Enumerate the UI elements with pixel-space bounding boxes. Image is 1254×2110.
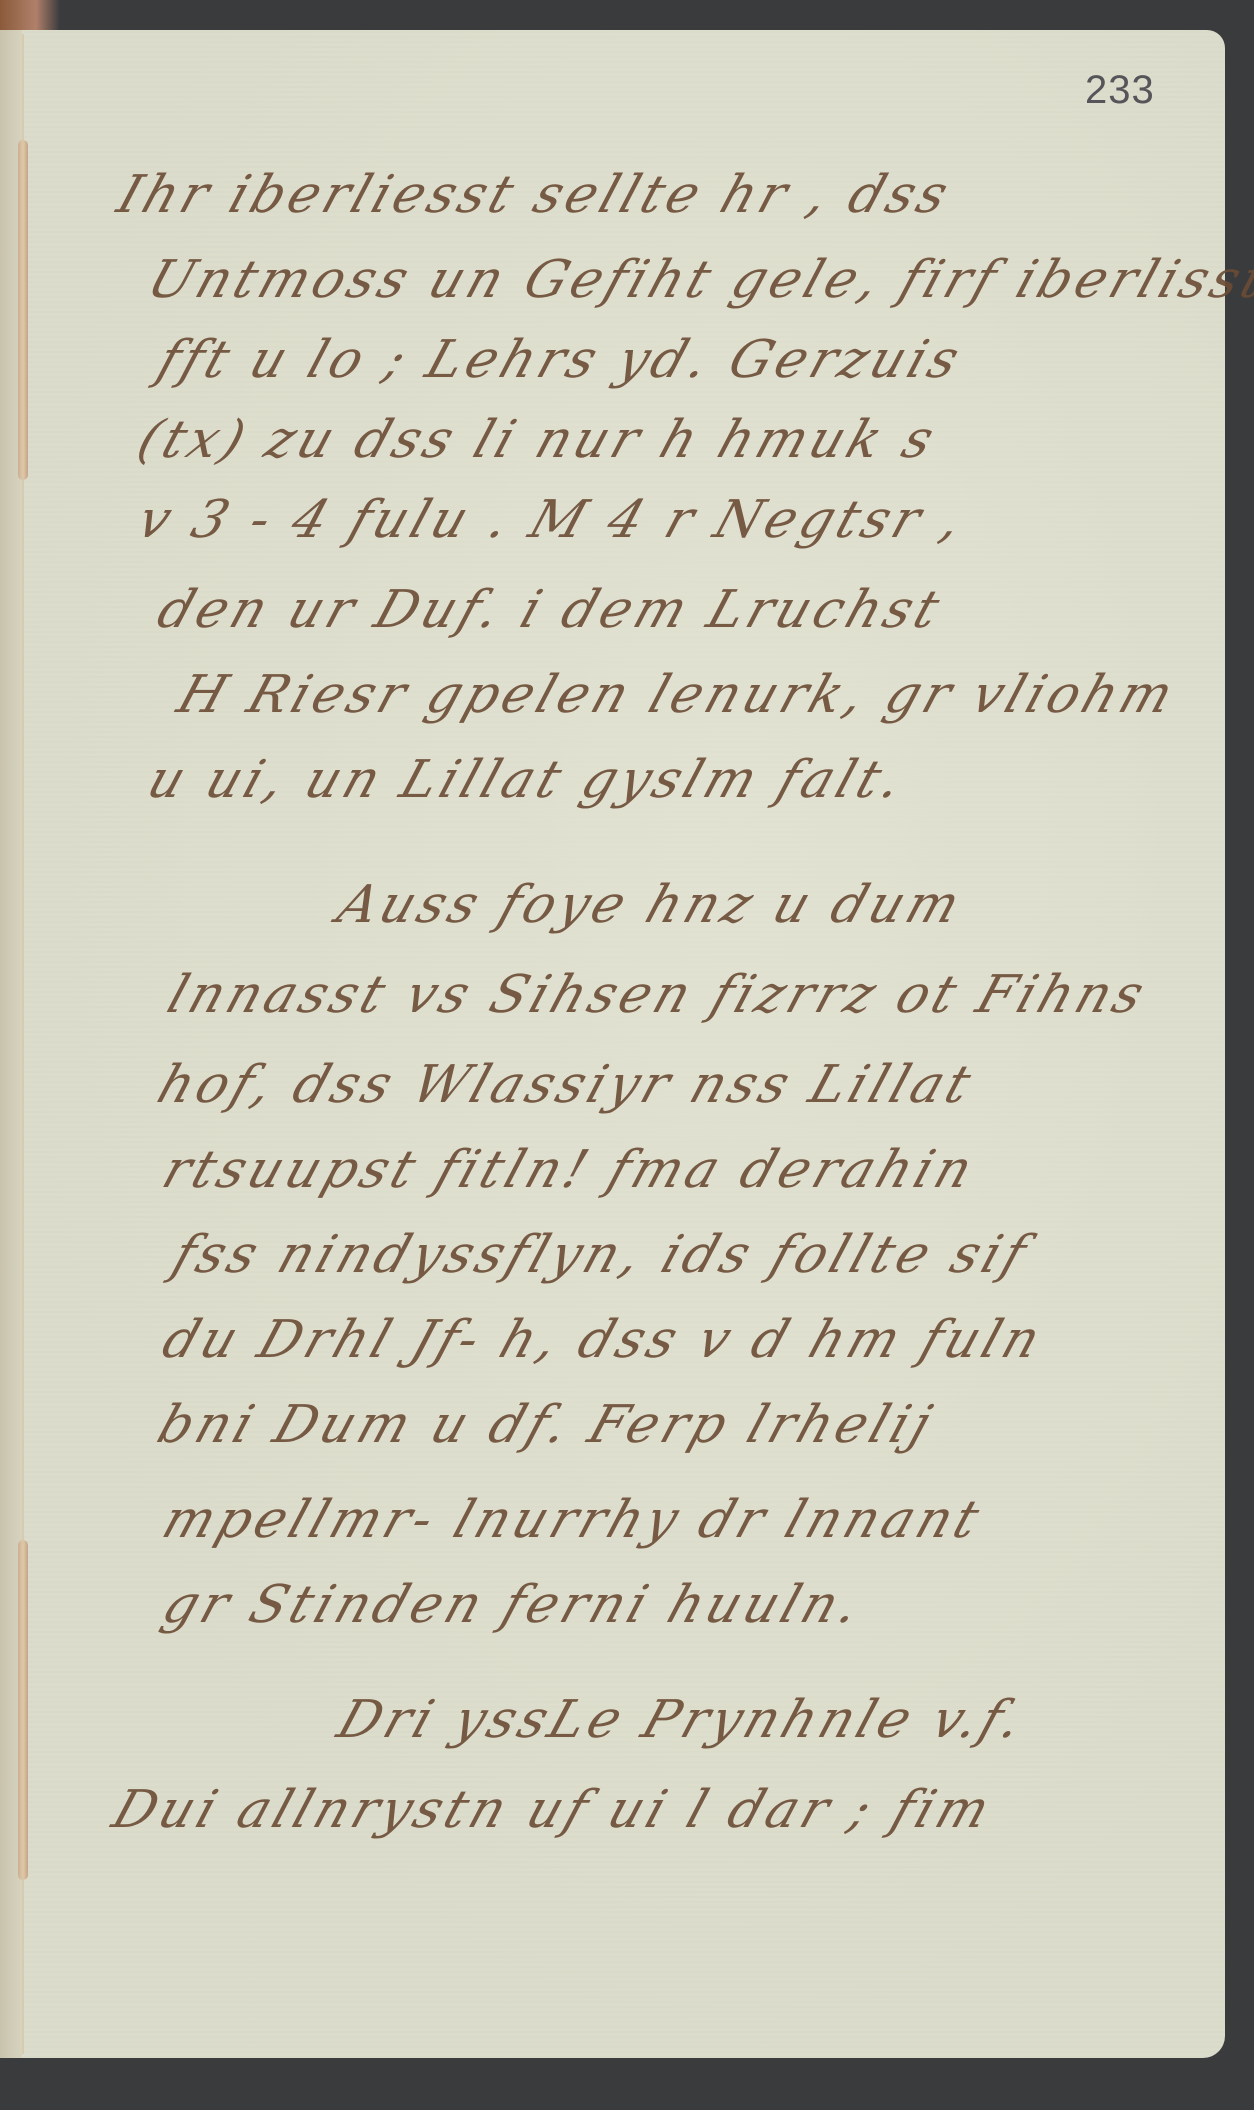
handwritten-line: u ui, un Lillat gyslm falt.: [140, 750, 913, 810]
handwritten-line: Dri yssLe Prynhnle v.f.: [330, 1690, 1033, 1750]
handwritten-line: v 3 - 4 fulu . M 4 r Negtsr ,: [130, 490, 973, 550]
handwritten-line: Untmoss un Gefiht gele, firf iberlisst: [140, 250, 1254, 310]
binding-thread-icon: [18, 1540, 28, 1880]
handwritten-line: du Drhl Jf- h, dss v d hm fuln: [155, 1310, 1051, 1370]
handwritten-line: H Riesr gpelen lenurk, gr vliohm: [170, 665, 1184, 725]
handwritten-line: lnnasst vs Sihsen fizrrz ot Fihns: [160, 965, 1155, 1025]
page-number: 233: [1085, 68, 1155, 113]
handwritten-line: den ur Duf. i dem Lruchst: [150, 580, 950, 640]
handwritten-line: rtsuupst fitln! fma derahin: [155, 1140, 983, 1200]
binding-thread-icon: [18, 140, 28, 480]
handwritten-line: (tx) zu dss li nur h hmuk s: [130, 410, 945, 470]
handwritten-line: Auss foye hnz u dum: [330, 875, 971, 935]
handwritten-line: Ihr iberliesst sellte hr , dss: [110, 165, 959, 225]
handwritten-line: Dui allnrystn uf ui l dar ; fim: [105, 1780, 1000, 1840]
book-cover-corner: [0, 0, 60, 34]
handwritten-line: fft u lo ; Lehrs yd. Gerzuis: [150, 330, 970, 390]
handwritten-line: gr Stinden ferni huuln.: [155, 1575, 871, 1635]
handwritten-line: mpellmr- lnurrhy dr lnnant: [155, 1490, 990, 1550]
handwritten-line: bni Dum u df. Ferp lrhelij: [150, 1395, 942, 1455]
handwritten-line: hof, dss Wlassiyr nss Lillat: [150, 1055, 981, 1115]
handwritten-line: fss nindyssflyn, ids follte sif: [165, 1225, 1037, 1285]
